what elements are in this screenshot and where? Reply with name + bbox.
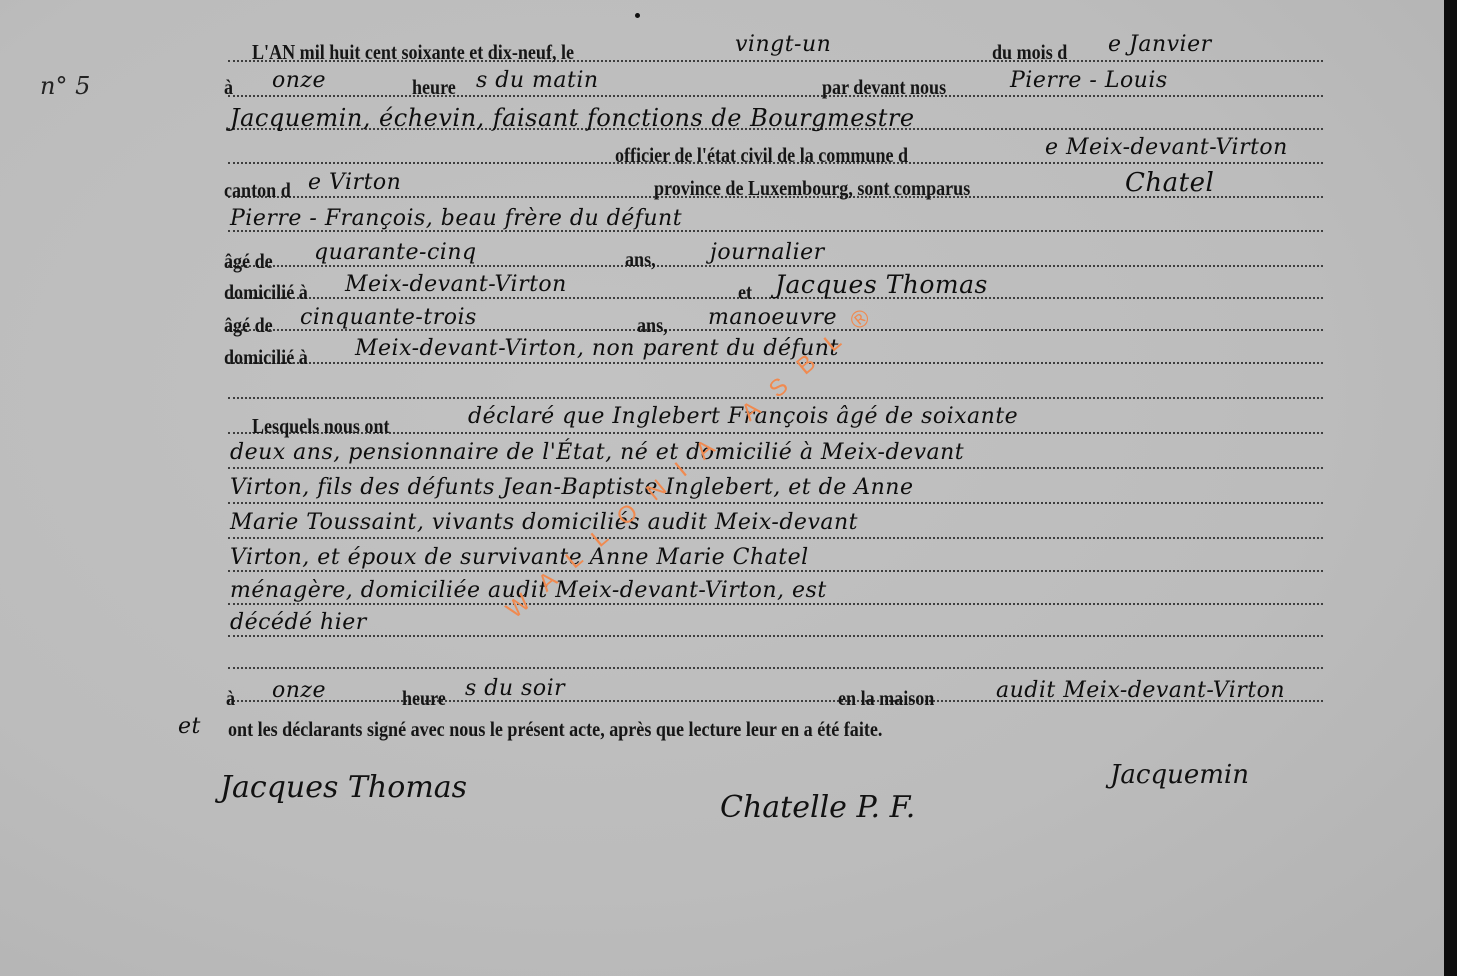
rule-line xyxy=(228,635,1323,637)
rule-line xyxy=(228,467,1323,469)
handwritten-declaration: Virton, et époux de survivante Anne Mari… xyxy=(230,545,809,570)
rule-line xyxy=(228,603,1323,605)
handwritten-commune: e Meix-devant-Virton xyxy=(1045,135,1288,160)
rule-line xyxy=(228,537,1323,539)
printed-closing: ont les déclarants signé avec nous le pr… xyxy=(228,717,882,742)
handwritten-officer-name: Pierre - Louis xyxy=(1010,68,1168,93)
handwritten-occupation-1: journalier xyxy=(710,240,825,265)
printed-text: province de Luxembourg, sont comparus xyxy=(654,176,970,201)
handwritten-declaration: Marie Toussaint, vivants domiciliés audi… xyxy=(230,510,858,535)
rule-line xyxy=(228,95,1323,97)
printed-text: âgé de xyxy=(224,313,273,338)
scan-edge xyxy=(1444,0,1457,976)
printed-text: ans, xyxy=(637,313,668,338)
printed-text: du mois d xyxy=(992,40,1067,65)
handwritten-margin: et xyxy=(178,714,201,739)
printed-text: heure xyxy=(402,686,446,711)
printed-text: Lesquels nous ont xyxy=(252,414,390,439)
handwritten-place: audit Meix-devant-Virton xyxy=(996,678,1285,703)
printed-text: et xyxy=(738,280,752,305)
ink-dot xyxy=(635,13,640,18)
rule-line xyxy=(228,667,1323,669)
printed-text: canton d xyxy=(224,178,291,203)
printed-text: en la maison xyxy=(838,686,934,711)
handwritten-declarant-1: Pierre - François, beau frère du défunt xyxy=(230,206,682,231)
handwritten-age-2: cinquante-trois xyxy=(300,305,477,330)
handwritten-declaration: décédé hier xyxy=(230,610,367,635)
rule-line xyxy=(228,502,1323,504)
handwritten-age-1: quarante-cinq xyxy=(314,240,477,265)
printed-text: âgé de xyxy=(224,249,273,274)
handwritten-canton: e Virton xyxy=(308,170,401,195)
handwritten-declarant-2: Jacques Thomas xyxy=(775,270,988,299)
handwritten-declaration: deux ans, pensionnaire de l'État, né et … xyxy=(230,440,964,465)
handwritten-domicile-1: Meix-devant-Virton xyxy=(345,272,567,297)
printed-text: domicilié à xyxy=(224,345,308,370)
rule-line xyxy=(228,265,1323,267)
rule-line xyxy=(228,432,1323,434)
handwritten-date: vingt-un xyxy=(735,32,831,57)
signature-jacquemin: Jacquemin xyxy=(1110,760,1249,790)
handwritten-declaration: Virton, fils des défunts Jean-Baptiste I… xyxy=(230,475,913,500)
printed-text: à xyxy=(224,75,233,100)
handwritten-hour: onze xyxy=(272,678,326,703)
printed-text: L'AN mil huit cent soixante et dix-neuf,… xyxy=(252,40,574,65)
signature-chatelle: Chatelle P. F. xyxy=(720,790,915,825)
rule-line xyxy=(228,362,1323,364)
printed-text: à xyxy=(226,686,235,711)
handwritten-text: s du matin xyxy=(476,68,599,93)
handwritten-domicile-2: Meix-devant-Virton, non parent du défunt xyxy=(355,336,839,361)
handwritten-hour: onze xyxy=(272,68,326,93)
printed-text: ans, xyxy=(625,247,656,272)
printed-text: officier de l'état civil de la commune d xyxy=(615,143,908,168)
handwritten-text: s du soir xyxy=(465,676,565,701)
handwritten-month: e Janvier xyxy=(1108,32,1212,57)
handwritten-occupation-2: manoeuvre xyxy=(708,305,837,330)
rule-line xyxy=(228,570,1323,572)
handwritten-declarant-surname: Chatel xyxy=(1125,168,1214,198)
printed-text: heure xyxy=(412,75,456,100)
signature-jacques-thomas: Jacques Thomas xyxy=(220,770,467,805)
printed-text: domicilié à xyxy=(224,280,308,305)
printed-text: par devant nous xyxy=(822,75,946,100)
handwritten-officer-title: Jacquemin, échevin, faisant fonctions de… xyxy=(230,104,915,132)
record-number: n° 5 xyxy=(40,72,90,100)
